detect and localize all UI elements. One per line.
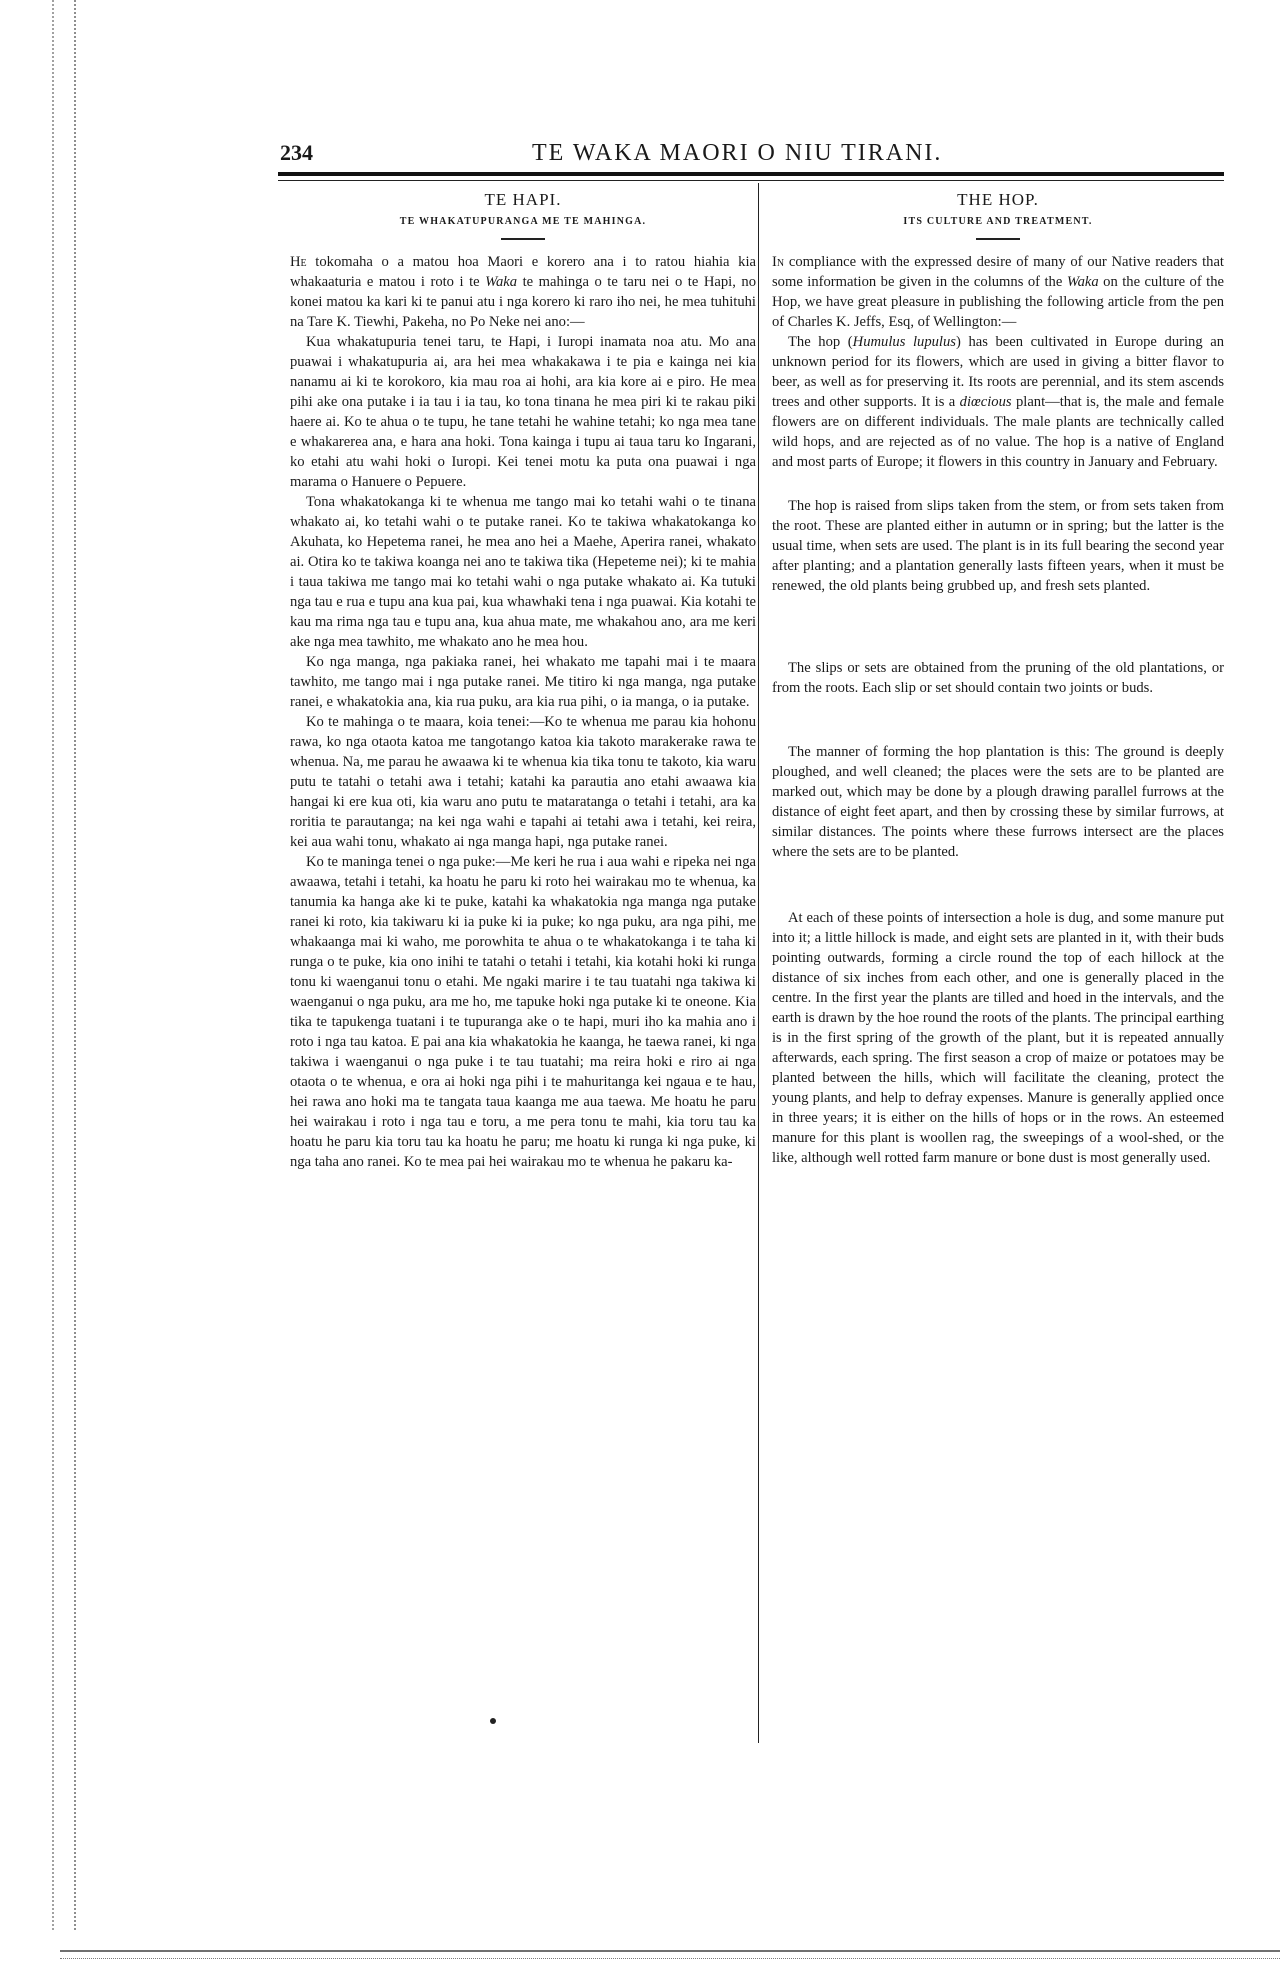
maori-paragraph: Tona whakatokanga ki te whenua me tango …	[290, 492, 756, 652]
page-binding-edge	[52, 0, 76, 1930]
running-title: TE WAKA MAORI O NIU TIRANI.	[532, 140, 942, 167]
english-intro-paragraph: In compliance with the expressed desire …	[772, 252, 1224, 332]
english-paragraph: The hop is raised from slips taken from …	[772, 496, 1224, 596]
maori-article-subtitle: TE WHAKATUPURANGA ME TE MAHINGA.	[290, 212, 756, 232]
column-divider	[758, 183, 759, 1743]
maori-article-title: TE HAPI.	[290, 190, 756, 210]
page-number: 234	[280, 140, 313, 166]
lead-word: He	[290, 254, 307, 270]
header-rule-thin	[278, 180, 1224, 181]
english-article-title: THE HOP.	[772, 190, 1224, 210]
maori-paragraph: Kua whakatupuria tenei taru, te Hapi, i …	[290, 332, 756, 492]
page-header: 234 TE WAKA MAORI O NIU TIRANI.	[280, 140, 1224, 176]
ink-speck	[490, 1718, 496, 1724]
maori-paragraph: Ko te maninga tenei o nga puke:—Me keri …	[290, 852, 756, 1172]
header-rule-thick	[278, 172, 1224, 176]
lead-word: In	[772, 254, 784, 270]
english-paragraph: The slips or sets are obtained from the …	[772, 658, 1224, 698]
english-paragraph: The manner of forming the hop plantation…	[772, 742, 1224, 862]
maori-paragraph: Ko nga manga, nga pakiaka ranei, hei wha…	[290, 652, 756, 712]
maori-paragraph: Ko te mahinga o te maara, koia tenei:—Ko…	[290, 712, 756, 852]
page-bottom-edge	[60, 1950, 1280, 1959]
title-rule	[976, 238, 1020, 240]
english-article-column: THE HOP. ITS CULTURE AND TREATMENT. In c…	[772, 186, 1224, 1168]
english-paragraph: The hop (Humulus lupulus) has been culti…	[772, 332, 1224, 472]
title-rule	[501, 238, 545, 240]
maori-intro-paragraph: He tokomaha o a matou hoa Maori e korero…	[290, 252, 756, 332]
english-article-subtitle: ITS CULTURE AND TREATMENT.	[772, 212, 1224, 232]
maori-article-column: TE HAPI. TE WHAKATUPURANGA ME TE MAHINGA…	[290, 186, 756, 1172]
english-paragraph: At each of these points of intersection …	[772, 908, 1224, 1168]
